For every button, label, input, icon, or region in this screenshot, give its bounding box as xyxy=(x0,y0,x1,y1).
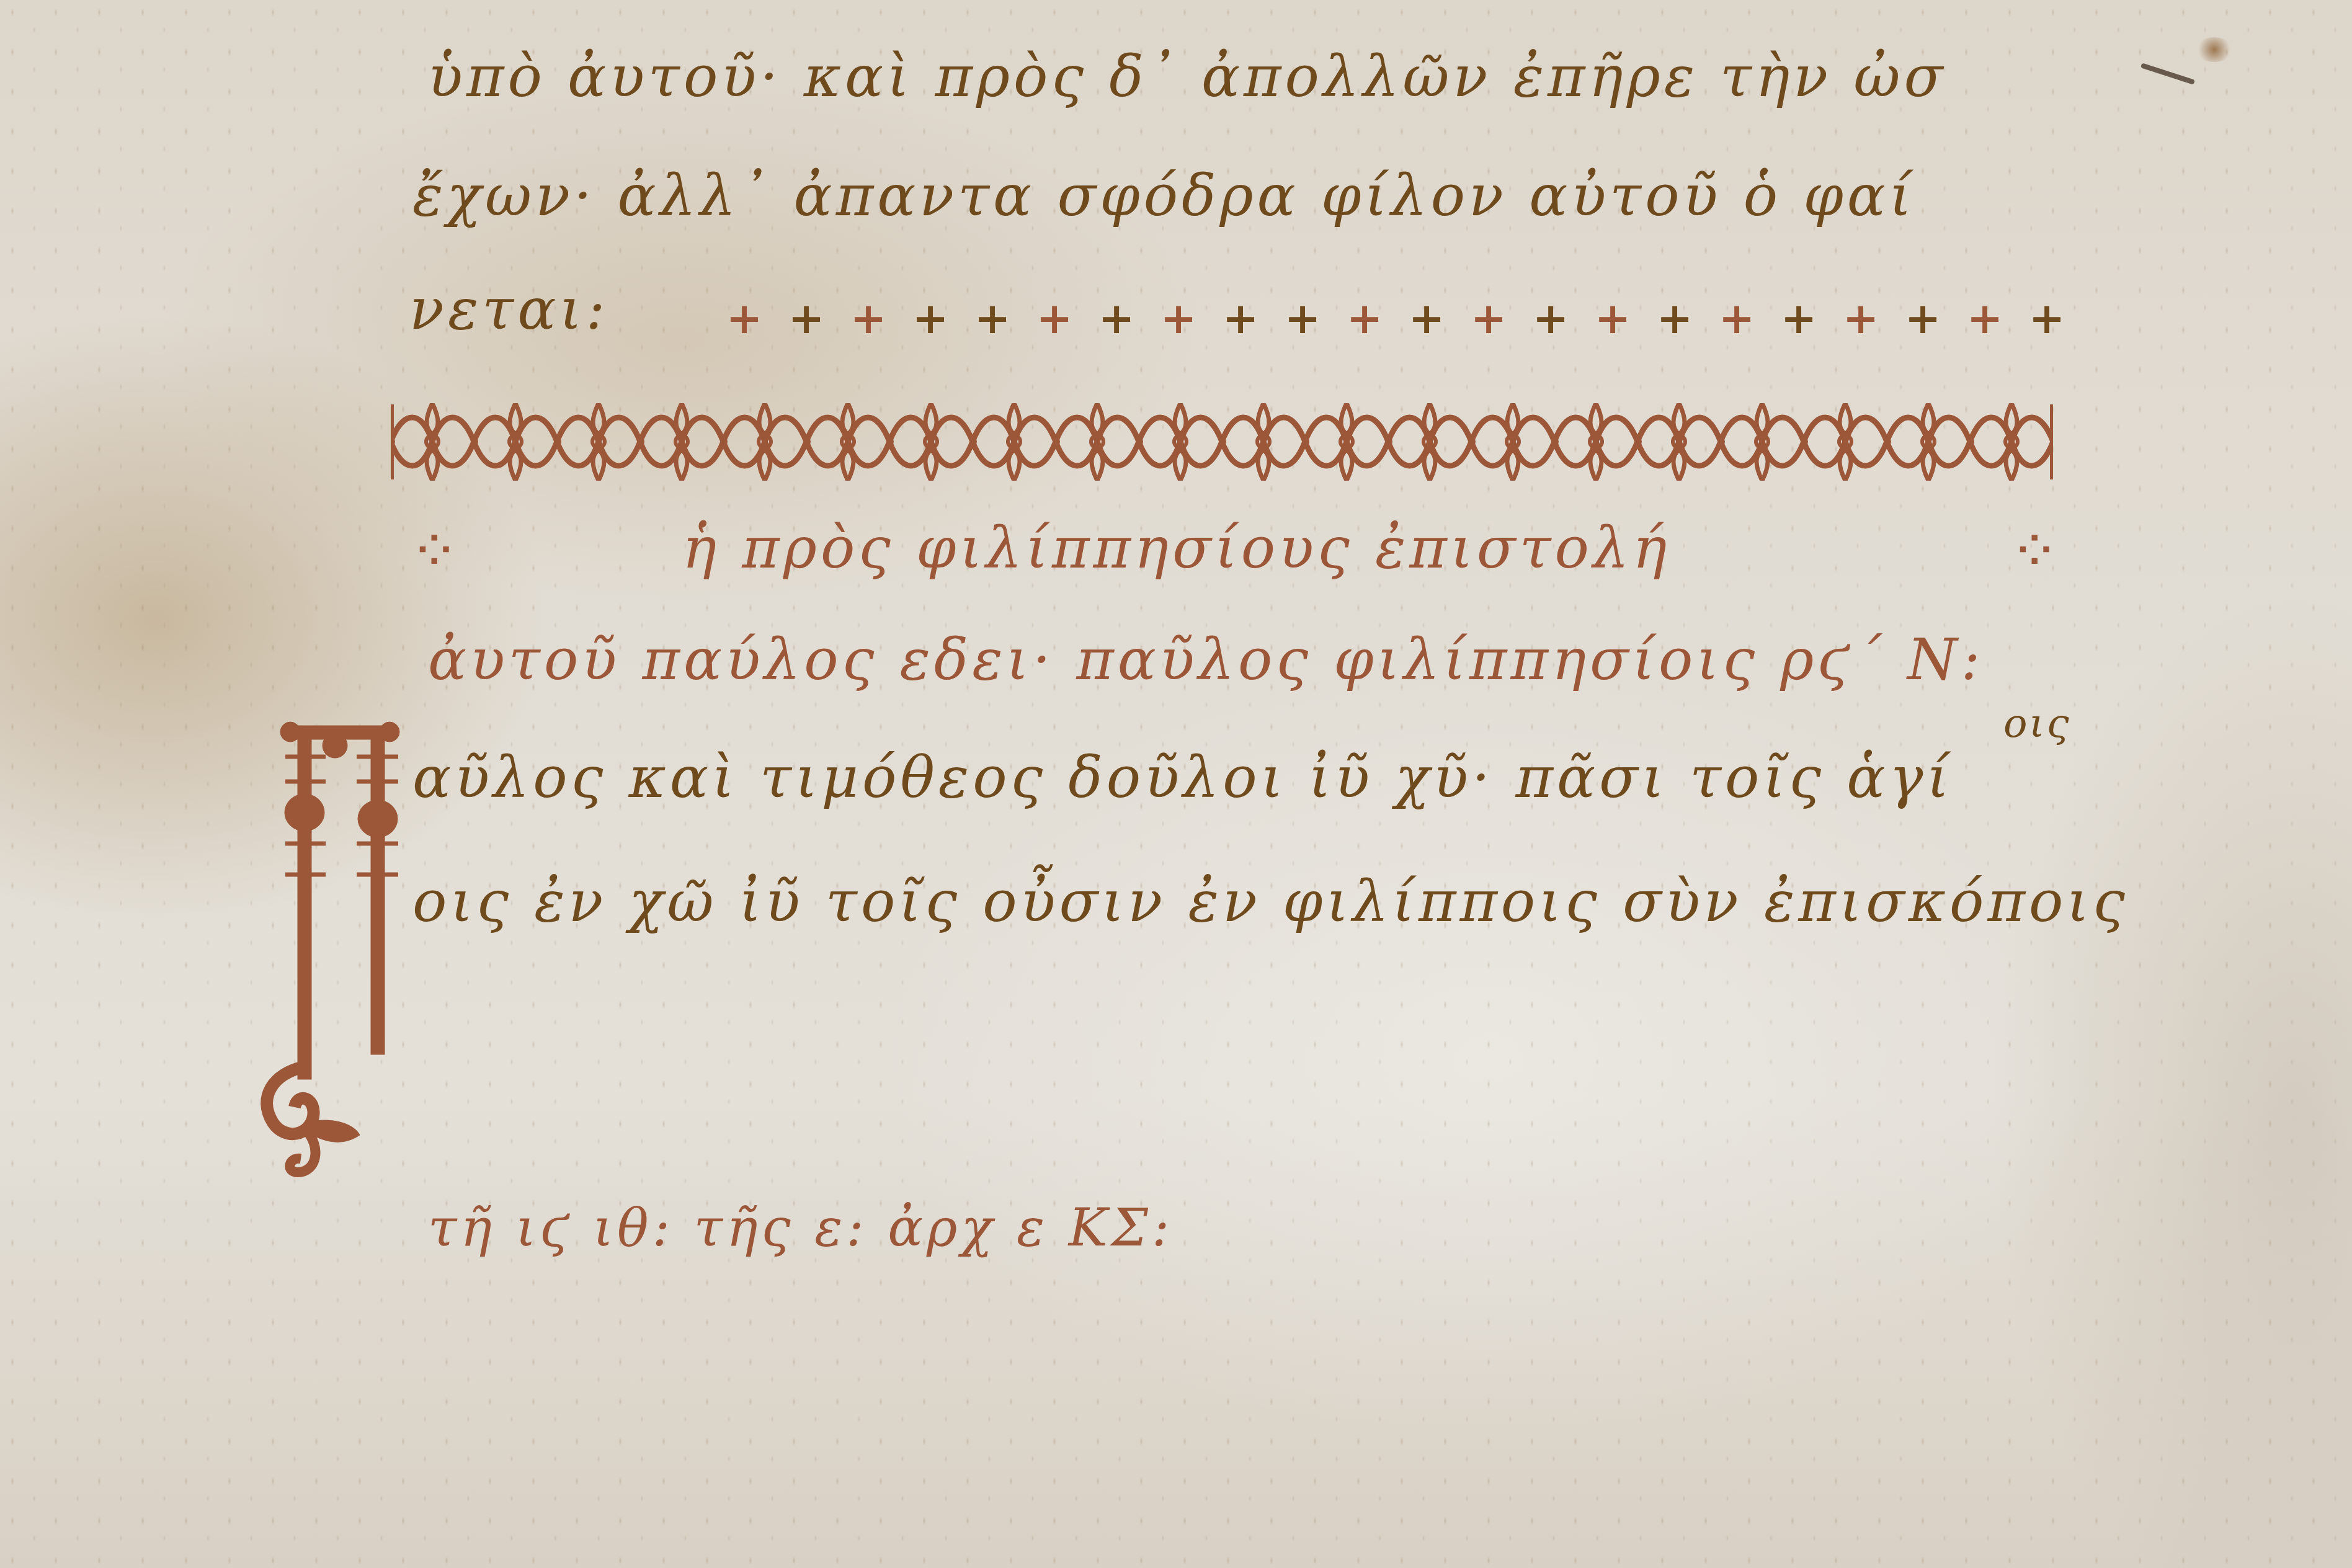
text-line-2: ἔχων· ἀλλ᾽ ἀπαντα σφόδρα φίλον αὐτοῦ ὁ φ… xyxy=(412,163,1915,229)
cross-ornament: + xyxy=(1768,296,1830,340)
margin-note-line: τῆ ιϛ ιθ: τῆς ε: ἀρχ ε ΚΣ: xyxy=(428,1197,1173,1258)
cross-ornament: + xyxy=(775,296,837,340)
cross-ornament: + xyxy=(1209,296,1272,340)
cross-ornament: + xyxy=(1892,296,1954,340)
ink-stain xyxy=(2196,37,2233,62)
cross-ornament: + xyxy=(1458,296,1520,340)
cross-ornament: + xyxy=(1085,296,1147,340)
cross-ornament: + xyxy=(899,296,961,340)
cross-ornament: + xyxy=(961,296,1023,340)
cross-ornament: + xyxy=(1023,296,1085,340)
cross-ornament: + xyxy=(1272,296,1334,340)
cross-ornament: + xyxy=(1830,296,1892,340)
cross-ornament: + xyxy=(2016,296,2078,340)
cross-ornament: + xyxy=(1582,296,1644,340)
title-ornament-right: ⁘ xyxy=(2010,521,2059,581)
title-ornament-left: ⁘ xyxy=(409,521,459,581)
cross-ornament: + xyxy=(1396,296,1458,340)
title-line: ἡ πρὸς φιλίππησίους ἐπιστολή xyxy=(682,515,1670,581)
cross-row-ornament: ++++++++++++++++++++++ xyxy=(713,296,2078,340)
decorated-initial-pi xyxy=(261,719,409,1178)
text-line-3: νεται: xyxy=(409,276,608,342)
headpiece-band-ornament xyxy=(391,397,2053,487)
cross-ornament: + xyxy=(1954,296,2016,340)
cross-ornament: + xyxy=(837,296,899,340)
colophon-line: ἀυτοῦ παύλος εδει· παῦλος φιλίππησίοις ρ… xyxy=(428,626,1984,693)
interlinear-note: οις xyxy=(2003,701,2070,747)
cross-ornament: + xyxy=(713,296,775,340)
cross-ornament: + xyxy=(1334,296,1396,340)
text-line-4: αῦλος καὶ τιμόθεος δοῦλοι ἰῦ χῦ· πᾶσι το… xyxy=(412,744,1953,811)
text-line-1: ὑπὸ ἀυτοῦ· καὶ πρὸς δ᾽ ἀπολλῶν ἐπῆρε τὴν… xyxy=(428,43,1946,110)
cross-ornament: + xyxy=(1706,296,1768,340)
cross-ornament: + xyxy=(1520,296,1582,340)
cross-ornament: + xyxy=(1644,296,1706,340)
text-line-5: οις ἐν χῶ ἰῦ τοῖς οὖσιν ἐν φιλίπποις σὺν… xyxy=(412,868,2129,935)
cross-ornament: + xyxy=(1147,296,1209,340)
